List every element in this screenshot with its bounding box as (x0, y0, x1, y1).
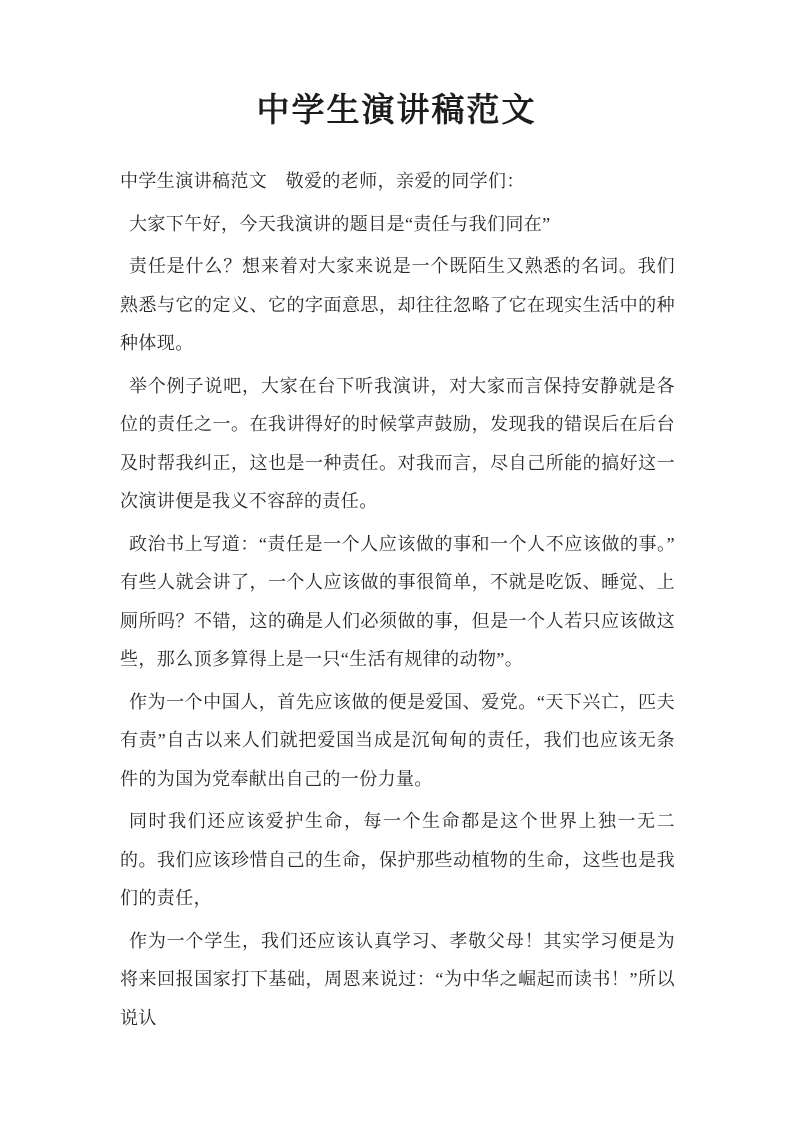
document-body: 中学生演讲稿范文 敬爱的老师，亲爱的同学们： 大家下午好，今天我演讲的题目是“责… (0, 162, 793, 1037)
document-title: 中学生演讲稿范文 (0, 0, 793, 134)
paragraph-as-a-student: 作为一个学生，我们还应该认真学习、孝敬父母！其实学习便是为将来回报国家打下基础，… (120, 922, 675, 1038)
document-page: 中学生演讲稿范文 中学生演讲稿范文 敬爱的老师，亲爱的同学们： 大家下午好，今天… (0, 0, 793, 1122)
paragraph-cherish-life: 同时我们还应该爱护生命，每一个生命都是这个世界上独一无二的。我们应该珍惜自己的生… (120, 802, 675, 918)
paragraph-salutation: 中学生演讲稿范文 敬爱的老师，亲爱的同学们： (120, 162, 675, 201)
paragraph-greeting: 大家下午好，今天我演讲的题目是“责任与我们同在” (120, 205, 675, 244)
paragraph-politics-book: 政治书上写道：“责任是一个人应该做的事和一个人不应该做的事。”有些人就会讲了，一… (120, 525, 675, 679)
paragraph-example: 举个例子说吧，大家在台下听我演讲，对大家而言保持安静就是各位的责任之一。在我讲得… (120, 367, 675, 521)
paragraph-patriotism: 作为一个中国人，首先应该做的便是爱国、爱党。“天下兴亡，匹夫有责”自古以来人们就… (120, 683, 675, 799)
paragraph-what-is-responsibility: 责任是什么？想来着对大家来说是一个既陌生又熟悉的名词。我们熟悉与它的定义、它的字… (120, 247, 675, 363)
